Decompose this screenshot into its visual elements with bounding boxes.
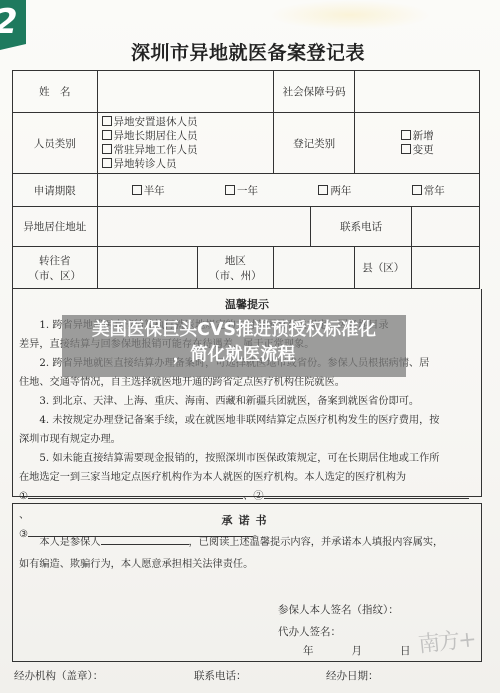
- agency-date-label: 经办日期：: [326, 668, 379, 683]
- insured-name-field[interactable]: [101, 533, 189, 545]
- person-type-option[interactable]: 异地长期居住人员: [102, 129, 269, 143]
- reg-type-options: 新增 变更: [355, 113, 480, 174]
- checkbox-icon[interactable]: [412, 185, 422, 195]
- period-options: 半年 一年 两年 常年: [97, 174, 479, 207]
- checkbox-icon[interactable]: [318, 185, 328, 195]
- address-label: 异地居住地址: [13, 207, 98, 247]
- hospital-choice-2-field[interactable]: [264, 487, 469, 499]
- ssn-field[interactable]: [355, 71, 480, 113]
- period-option[interactable]: 两年: [318, 183, 351, 198]
- person-type-option[interactable]: 常驻异地工作人员: [102, 143, 269, 157]
- pledge-section: 承诺书 本人是参保人，已阅读上述温馨提示内容，并承诺本人填报内容属实， 如有编造…: [12, 503, 482, 662]
- reg-type-label: 登记类别: [273, 113, 354, 174]
- person-type-option[interactable]: 异地安置退休人员: [102, 115, 269, 129]
- agency-phone-label: 联系电话：: [194, 668, 247, 683]
- document-page: 2 深圳市异地就医备案登记表 姓 名 社会保障号码 人员类别 异地安置退休人员 …: [0, 0, 500, 693]
- pledge-line: 如有编造、欺骗行为，本人愿意承担相关法律责任。: [19, 554, 475, 576]
- ssn-label: 社会保障号码: [273, 71, 354, 113]
- notice-item: 4. 未按规定办理登记备案手续，或在就医地非联网结算定点医疗机构发生的医疗费用，…: [19, 411, 475, 430]
- checkbox-icon[interactable]: [401, 130, 411, 140]
- registration-form-table: 姓 名 社会保障号码 人员类别 异地安置退休人员 异地长期居住人员 常驻异地工作…: [12, 70, 480, 289]
- person-type-label: 人员类别: [13, 113, 98, 174]
- person-type-option[interactable]: 异地转诊人员: [102, 157, 269, 171]
- phone-label: 联系电话: [310, 207, 411, 247]
- checkbox-icon[interactable]: [102, 116, 112, 126]
- headline-line-1: 美国医保巨头CVS推进预授权标准化: [62, 318, 406, 343]
- insured-signature-label[interactable]: 参保人本人签名（指纹）：: [278, 599, 399, 621]
- reg-type-option-new[interactable]: 新增: [359, 129, 475, 143]
- name-field[interactable]: [97, 71, 273, 113]
- notice-item: 5. 如未能直接结算需要现金报销的，按照深圳市医保政策规定，可在长期居住地或工作…: [19, 449, 475, 468]
- period-label: 申请期限: [13, 174, 98, 207]
- year-label: 年: [303, 640, 314, 662]
- notice-item-cont: 在地选定一到三家当地定点医疗机构作为本人就医的医疗机构。本人选定的医疗机构为: [19, 468, 475, 487]
- pledge-date: 年 月 日: [303, 640, 411, 662]
- pledge-line: 本人是参保人，已阅读上述温馨提示内容，并承诺本人填报内容属实，: [19, 532, 475, 554]
- light-glare: [270, 0, 430, 30]
- region-label: 地区（市、州）: [197, 247, 273, 289]
- period-option[interactable]: 半年: [132, 183, 165, 198]
- headline-line-2: ，简化就医流程: [62, 343, 406, 368]
- headline: 美国医保巨头CVS推进预授权标准化 ，简化就医流程: [62, 318, 406, 368]
- province-field[interactable]: [97, 247, 197, 289]
- form-title: 深圳市异地就医备案登记表: [128, 38, 368, 65]
- notice-item: 3. 到北京、天津、上海、重庆、海南、西藏和新疆兵团就医，备案到就医省份即可。: [19, 392, 475, 411]
- county-label: 县（区）: [355, 247, 412, 289]
- pledge-title: 承诺书: [19, 510, 475, 532]
- address-field[interactable]: [97, 207, 310, 247]
- person-type-options: 异地安置退休人员 异地长期居住人员 常驻异地工作人员 异地转诊人员: [97, 113, 273, 174]
- period-option[interactable]: 常年: [412, 183, 445, 198]
- checkbox-icon[interactable]: [225, 185, 235, 195]
- notice-item-cont: 深圳市现有规定办理。: [19, 430, 475, 449]
- agency-label: 经办机构（盖章）：: [14, 668, 103, 683]
- checkbox-icon[interactable]: [401, 144, 411, 154]
- region-field[interactable]: [273, 247, 354, 289]
- checkbox-icon[interactable]: [102, 158, 112, 168]
- phone-field[interactable]: [412, 207, 480, 247]
- page-number: 2: [0, 4, 18, 40]
- watermark-logo: 南方+: [417, 622, 476, 659]
- day-label: 日: [400, 640, 411, 662]
- name-label: 姓 名: [13, 71, 98, 113]
- reg-type-option-change[interactable]: 变更: [359, 143, 475, 157]
- county-field[interactable]: [412, 247, 480, 289]
- hospital-choice-1-field[interactable]: [28, 487, 243, 499]
- notice-title: 温馨提示: [19, 295, 475, 314]
- page-number-badge: 2: [0, 0, 26, 50]
- checkbox-icon[interactable]: [132, 185, 142, 195]
- month-label: 月: [352, 640, 363, 662]
- period-option[interactable]: 一年: [225, 183, 258, 198]
- checkbox-icon[interactable]: [102, 130, 112, 140]
- checkbox-icon[interactable]: [102, 144, 112, 154]
- province-label: 转往省（市、区）: [13, 247, 98, 289]
